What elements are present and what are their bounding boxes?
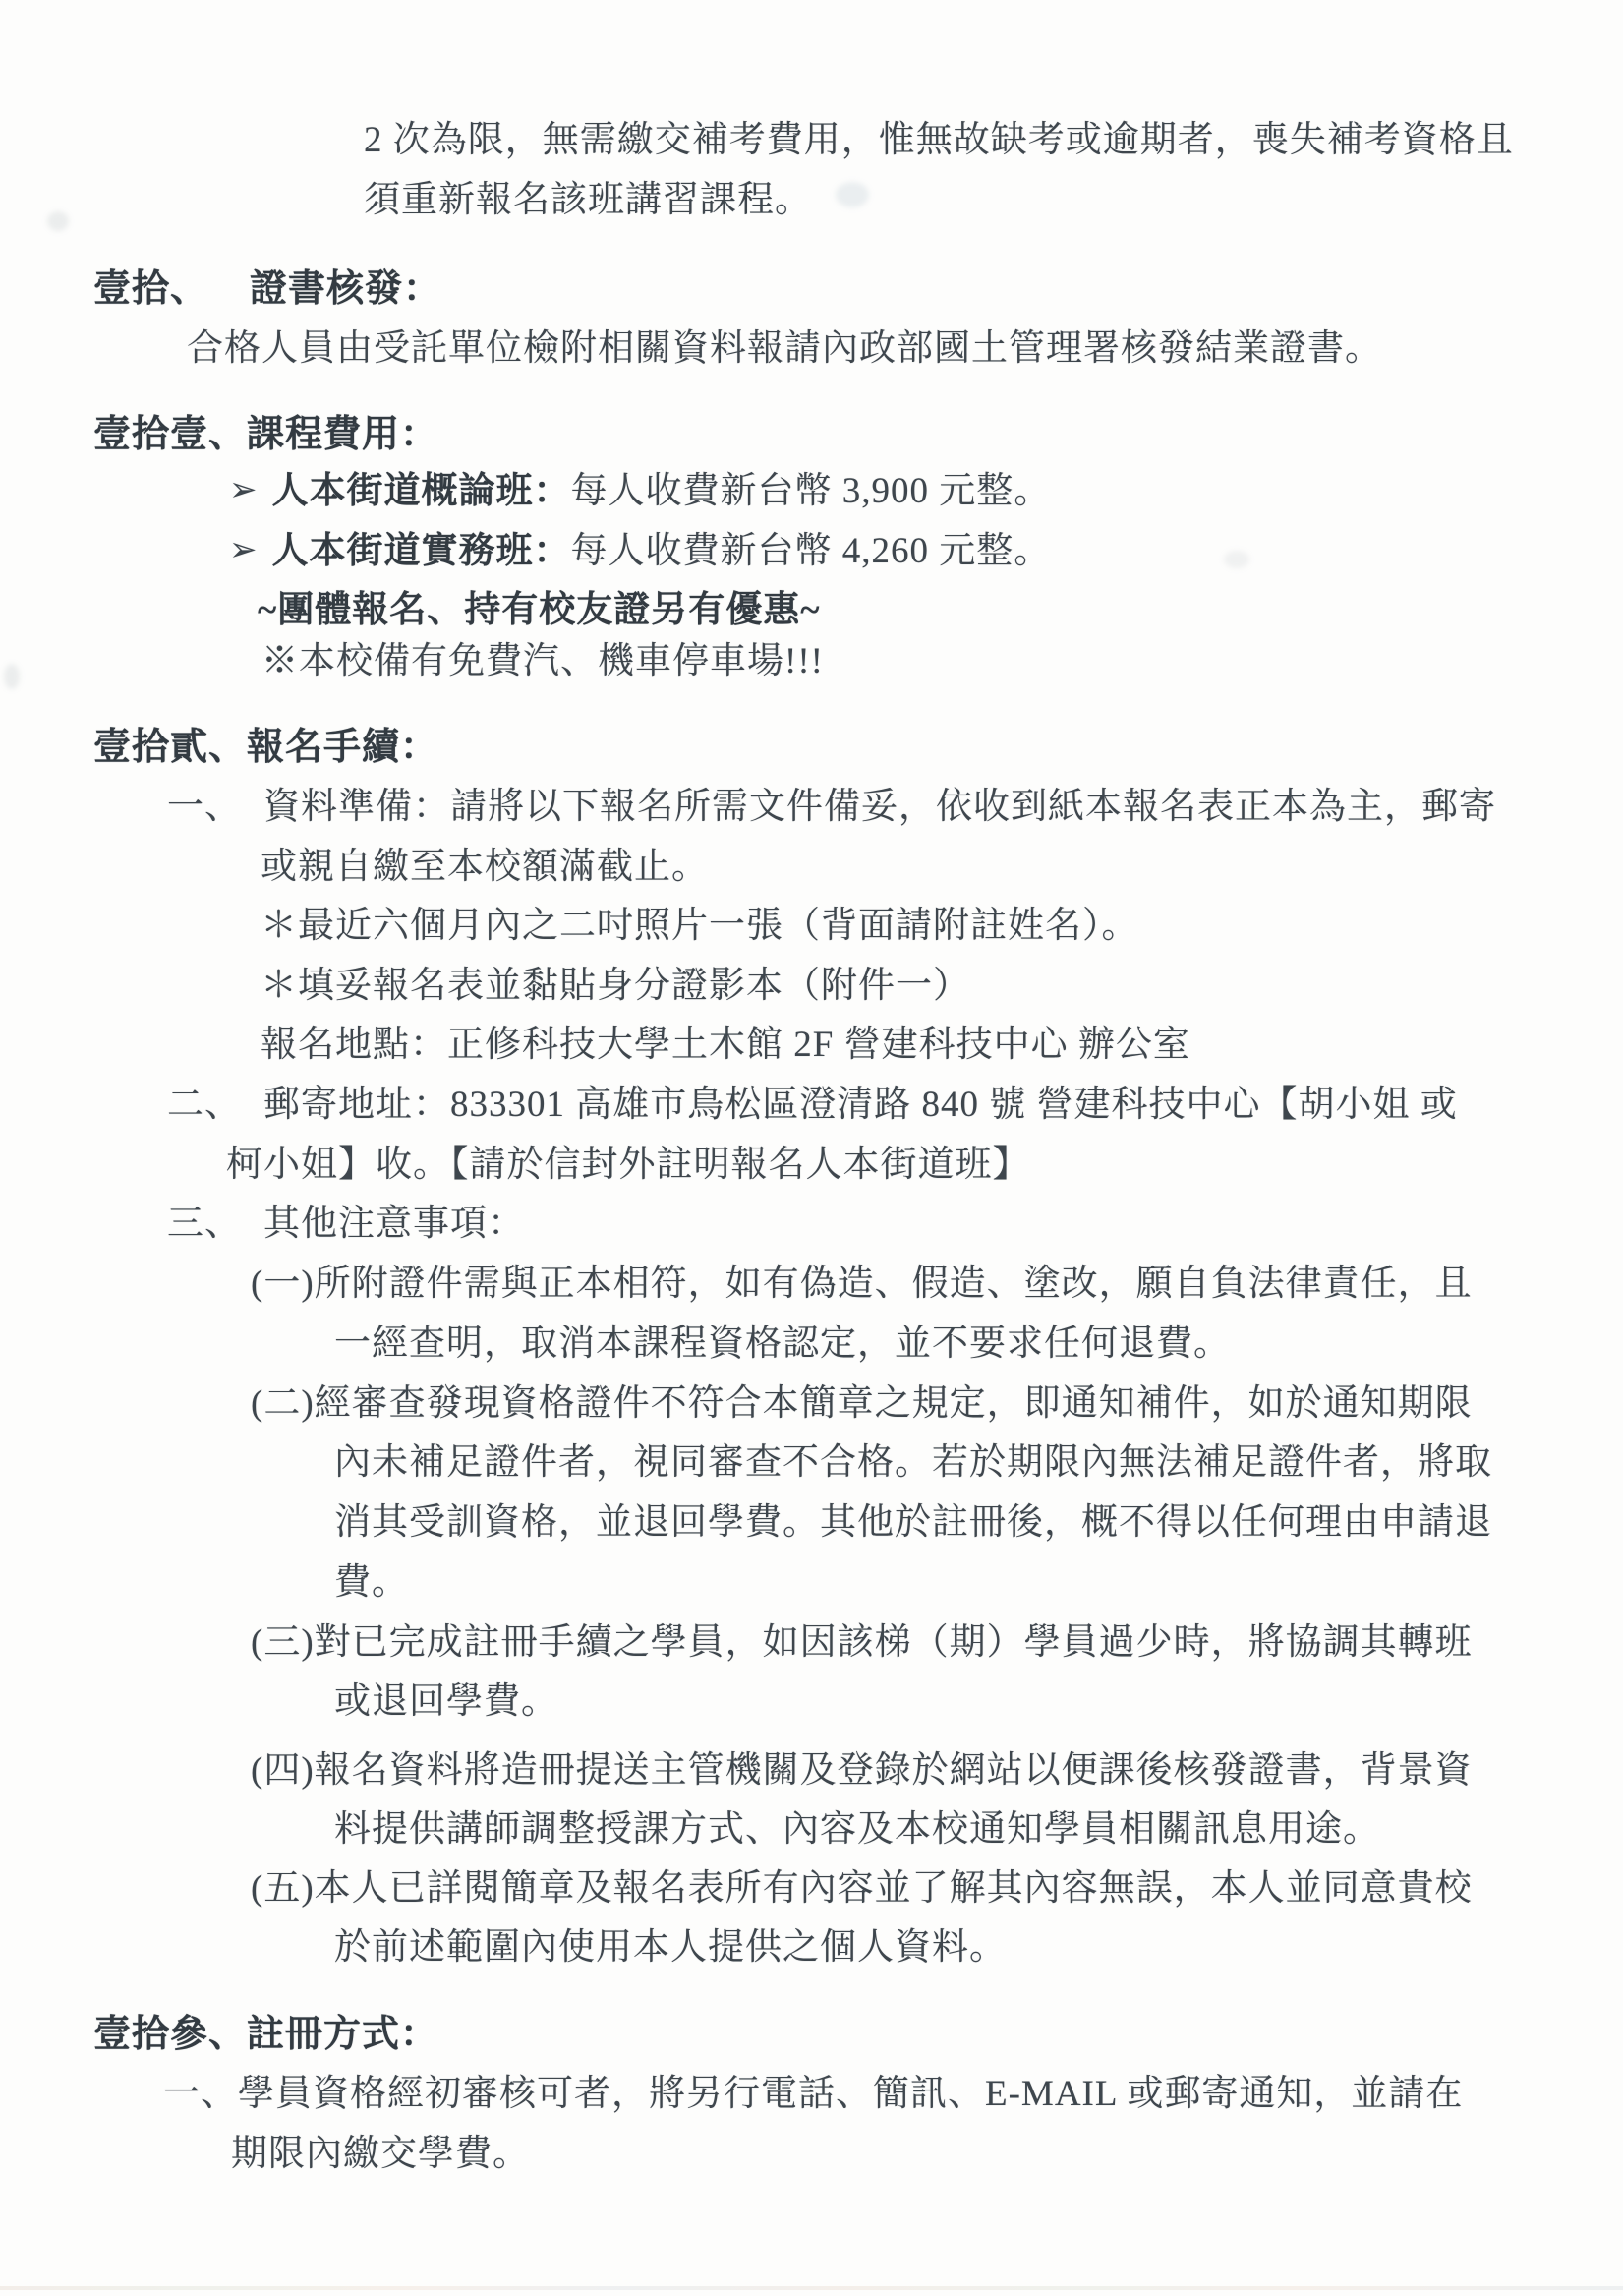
fee-bullet-2-text: 每人收費新台幣 4,260 元整。 bbox=[571, 531, 1052, 571]
fee-bullet-2-label: 人本街道實務班： bbox=[272, 531, 571, 571]
item-2-number: 二、 bbox=[167, 1083, 242, 1128]
continuation-line-1: 2 次為限，無需繳交補考費用，惟無故缺考或逾期者，喪失補考資格且 bbox=[364, 118, 1514, 163]
item-3-title: 其他注意事項： bbox=[263, 1204, 525, 1244]
item-2-line-2: 柯小姐】收。【請於信封外註明報名人本街道班】 bbox=[226, 1143, 1030, 1188]
section-10-title: 證書核發： bbox=[250, 268, 441, 310]
section-12-heading: 壹拾貳、報名手續： bbox=[93, 725, 438, 770]
item-2-mailing-address: 二、郵寄地址：833301 高雄市鳥松區澄清路 840 號 營建科技中心【胡小姐… bbox=[167, 1083, 1458, 1128]
note-5-line-2: 於前述範圍內使用本人提供之個人資料。 bbox=[334, 1925, 1007, 1971]
note-2-number: (二) bbox=[251, 1383, 315, 1424]
note-4-line-1: 報名資料將造冊提送主管機關及登錄於網站以便課後核發證書，背景資 bbox=[315, 1750, 1473, 1791]
item-1-document-prep: 一、資料準備：請將以下報名所需文件備妥，依收到紙本報名表正本為主，郵寄 bbox=[167, 785, 1496, 830]
section-13-item-1-line-2: 期限內繳交學費。 bbox=[231, 2132, 530, 2177]
note-5-line-1: 本人已詳閱簡章及報名表所有內容並了解其內容無誤，本人並同意貴校 bbox=[315, 1868, 1473, 1909]
item-3-number: 三、 bbox=[167, 1202, 242, 1247]
fee-bullet-1: ➢人本街道概論班：每人收費新台幣 3,900 元整。 bbox=[229, 469, 1051, 514]
item-1-number: 一、 bbox=[167, 785, 242, 830]
note-3-line-1: 對已完成註冊手續之學員，如因該梯（期）學員過少時，將協調其轉班 bbox=[315, 1622, 1473, 1663]
note-3: (三)對已完成註冊手續之學員，如因該梯（期）學員過少時，將協調其轉班 bbox=[251, 1620, 1473, 1666]
note-2-line-2: 內未補足證件者，視同審查不合格。若於期限內無法補足證件者，將取 bbox=[334, 1441, 1492, 1486]
scan-smudge bbox=[1224, 551, 1249, 568]
item-1-form-note: ＊填妥報名表並黏貼身分證影本（附件一） bbox=[261, 964, 970, 1009]
arrow-bullet-icon: ➢ bbox=[229, 530, 259, 569]
scanned-document-page: 2 次為限，無需繳交補考費用，惟無故缺考或逾期者，喪失補考資格且 須重新報名該班… bbox=[0, 0, 1623, 2296]
group-discount-note: ~團體報名、持有校友證另有優惠~ bbox=[258, 588, 820, 633]
note-4-line-2: 料提供講師調整授課方式、內容及本校通知學員相關訊息用途。 bbox=[334, 1807, 1380, 1853]
note-5: (五)本人已詳閱簡章及報名表所有內容並了解其內容無誤，本人並同意貴校 bbox=[251, 1866, 1473, 1912]
item-1-photo-note: ＊最近六個月內之二吋照片一張（背面請附註姓名）。 bbox=[261, 904, 1139, 949]
item-1-location: 報名地點：正修科技大學土木館 2F 營建科技中心 辦公室 bbox=[261, 1023, 1190, 1068]
note-2: (二)經審查發現資格證件不符合本簡章之規定，即通知補件，如於通知期限 bbox=[251, 1382, 1473, 1427]
arrow-bullet-icon: ➢ bbox=[229, 470, 259, 509]
item-1-line-1: 資料準備：請將以下報名所需文件備妥，依收到紙本報名表正本為主，郵寄 bbox=[263, 787, 1496, 827]
item-3-other-notes: 三、其他注意事項： bbox=[167, 1202, 525, 1247]
note-1: (一)所附證件需與正本相符，如有偽造、假造、塗改，願自負法律責任，且 bbox=[251, 1262, 1473, 1307]
fee-bullet-1-label: 人本街道概論班： bbox=[272, 471, 571, 511]
continuation-line-2: 須重新報名該班講習課程。 bbox=[364, 178, 812, 223]
item-2-line-1: 郵寄地址：833301 高雄市鳥松區澄清路 840 號 營建科技中心【胡小姐 或 bbox=[263, 1085, 1458, 1125]
free-parking-note: ※本校備有免費汽、機車停車場!!! bbox=[261, 639, 824, 684]
fee-bullet-1-text: 每人收費新台幣 3,900 元整。 bbox=[571, 471, 1052, 511]
note-3-number: (三) bbox=[251, 1622, 315, 1663]
note-4-number: (四) bbox=[251, 1750, 315, 1791]
item-1-line-2: 或親自繳至本校額滿截止。 bbox=[261, 845, 709, 890]
section-10-heading: 壹拾、證書核發： bbox=[93, 266, 441, 312]
section-11-heading: 壹拾壹、課程費用： bbox=[93, 412, 438, 457]
scan-smudge bbox=[836, 182, 869, 207]
scan-edge-line bbox=[0, 2286, 1623, 2290]
section-13-item-1-line-1: 學員資格經初審核可者，將另行電話、簡訊、E-MAIL 或郵寄通知，並請在 bbox=[238, 2074, 1463, 2114]
section-13-item-1: 一、學員資格經初審核可者，將另行電話、簡訊、E-MAIL 或郵寄通知，並請在 bbox=[163, 2072, 1463, 2117]
section-10-number: 壹拾、 bbox=[93, 266, 208, 312]
note-1-line-1: 所附證件需與正本相符，如有偽造、假造、塗改，願自負法律責任，且 bbox=[315, 1264, 1473, 1304]
section-10-body: 合格人員由受託單位檢附相關資料報請內政部國土管理署核發結業證書。 bbox=[187, 326, 1382, 372]
note-2-line-4: 費。 bbox=[334, 1560, 409, 1606]
note-1-line-2: 一經查明，取消本課程資格認定，並不要求任何退費。 bbox=[334, 1322, 1231, 1367]
note-2-line-1: 經審查發現資格證件不符合本簡章之規定，即通知補件，如於通知期限 bbox=[315, 1383, 1473, 1424]
note-2-line-3: 消其受訓資格，並退回學費。其他於註冊後，概不得以任何理由申請退 bbox=[334, 1501, 1492, 1546]
note-5-number: (五) bbox=[251, 1868, 315, 1909]
scan-smudge bbox=[4, 664, 20, 689]
fee-bullet-2: ➢人本街道實務班：每人收費新台幣 4,260 元整。 bbox=[229, 529, 1051, 574]
scan-smudge bbox=[47, 211, 69, 231]
note-4: (四)報名資料將造冊提送主管機關及登錄於網站以便課後核發證書，背景資 bbox=[251, 1748, 1473, 1794]
section-13-item-1-number: 一、 bbox=[163, 2074, 238, 2114]
note-3-line-2: 或退回學費。 bbox=[334, 1679, 558, 1725]
note-1-number: (一) bbox=[251, 1264, 315, 1304]
section-13-heading: 壹拾參、註冊方式： bbox=[93, 2012, 438, 2057]
